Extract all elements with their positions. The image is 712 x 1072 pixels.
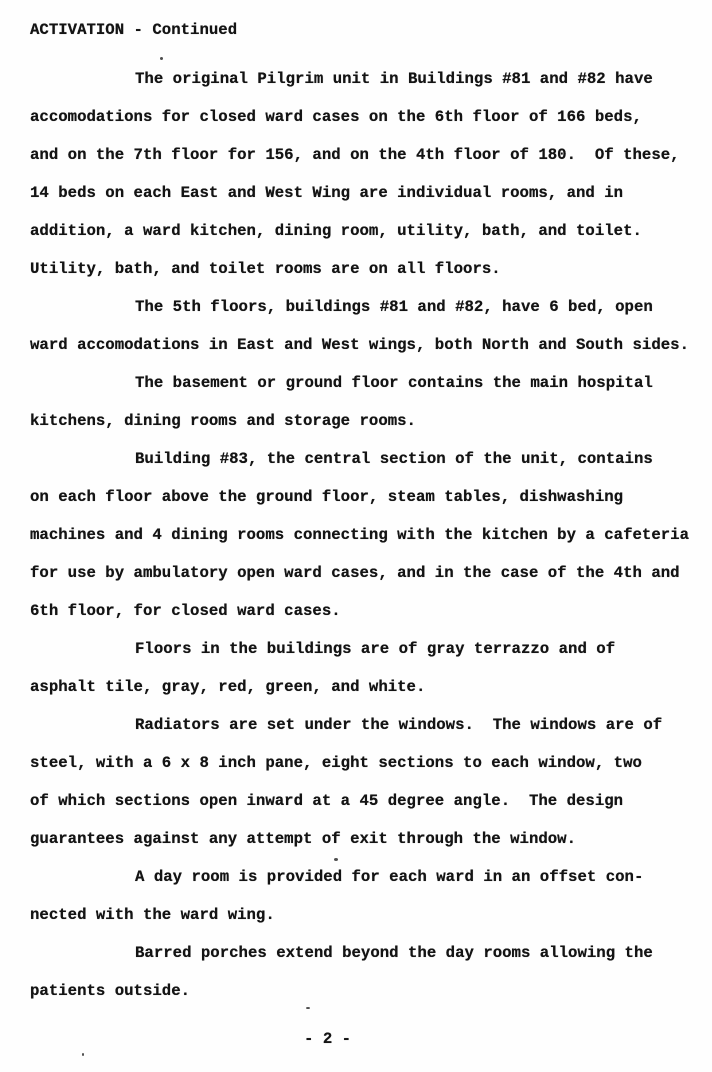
text-line: The original Pilgrim unit in Buildings #… bbox=[30, 60, 692, 98]
scan-speck bbox=[82, 1053, 84, 1056]
page-header: ACTIVATION - Continued bbox=[30, 20, 692, 40]
document-page: ACTIVATION - Continued The original Pilg… bbox=[0, 0, 712, 1072]
document-body: The original Pilgrim unit in Buildings #… bbox=[30, 60, 692, 1010]
text-line: ward accomodations in East and West wing… bbox=[30, 326, 692, 364]
paragraph: The original Pilgrim unit in Buildings #… bbox=[30, 60, 692, 288]
text-line: A day room is provided for each ward in … bbox=[30, 858, 692, 896]
text-line: addition, a ward kitchen, dining room, u… bbox=[30, 212, 692, 250]
paragraph: Floors in the buildings are of gray terr… bbox=[30, 630, 692, 706]
text-line: nected with the ward wing. bbox=[30, 896, 692, 934]
text-line: and on the 7th floor for 156, and on the… bbox=[30, 136, 692, 174]
text-line: Building #83, the central section of the… bbox=[30, 440, 692, 478]
text-line: Radiators are set under the windows. The… bbox=[30, 706, 692, 744]
paragraph: Barred porches extend beyond the day roo… bbox=[30, 934, 692, 1010]
scan-speck bbox=[306, 1007, 310, 1009]
text-line: The basement or ground floor contains th… bbox=[30, 364, 692, 402]
text-line: accomodations for closed ward cases on t… bbox=[30, 98, 692, 136]
paragraph: The basement or ground floor contains th… bbox=[30, 364, 692, 440]
text-line: 14 beds on each East and West Wing are i… bbox=[30, 174, 692, 212]
page-number: - 2 - bbox=[304, 1030, 351, 1049]
text-line: patients outside. bbox=[30, 972, 692, 1010]
text-line: Utility, bath, and toilet rooms are on a… bbox=[30, 250, 692, 288]
paragraph: Radiators are set under the windows. The… bbox=[30, 706, 692, 858]
text-line: for use by ambulatory open ward cases, a… bbox=[30, 554, 692, 592]
text-line: machines and 4 dining rooms connecting w… bbox=[30, 516, 692, 554]
text-line: Floors in the buildings are of gray terr… bbox=[30, 630, 692, 668]
text-line: kitchens, dining rooms and storage rooms… bbox=[30, 402, 692, 440]
text-line: guarantees against any attempt of exit t… bbox=[30, 820, 692, 858]
text-line: asphalt tile, gray, red, green, and whit… bbox=[30, 668, 692, 706]
text-line: The 5th floors, buildings #81 and #82, h… bbox=[30, 288, 692, 326]
scan-speck bbox=[334, 858, 338, 861]
text-line: 6th floor, for closed ward cases. bbox=[30, 592, 692, 630]
text-line: of which sections open inward at a 45 de… bbox=[30, 782, 692, 820]
paragraph: Building #83, the central section of the… bbox=[30, 440, 692, 630]
text-line: steel, with a 6 x 8 inch pane, eight sec… bbox=[30, 744, 692, 782]
text-line: on each floor above the ground floor, st… bbox=[30, 478, 692, 516]
text-line: Barred porches extend beyond the day roo… bbox=[30, 934, 692, 972]
scan-speck bbox=[160, 57, 163, 60]
paragraph: A day room is provided for each ward in … bbox=[30, 858, 692, 934]
paragraph: The 5th floors, buildings #81 and #82, h… bbox=[30, 288, 692, 364]
